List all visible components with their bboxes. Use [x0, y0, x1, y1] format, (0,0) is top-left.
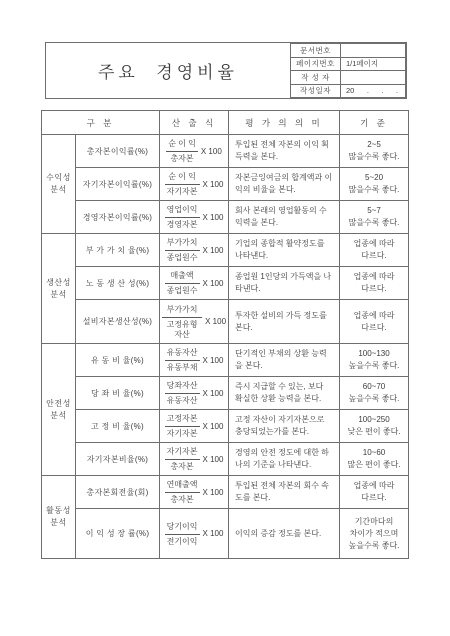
formula-numerator: 당좌자산 — [165, 379, 200, 394]
formula: 매출액 종업원수 X 100 — [162, 269, 226, 297]
formula-multiplier: X 100 — [203, 455, 224, 464]
formula-denominator: 총자본 — [166, 152, 198, 165]
meaning-cell: 기업의 종합적 활약정도를 나타낸다. — [229, 234, 340, 267]
standard-cell: 60~70 높을수록 좋다. — [340, 377, 409, 410]
ratio-name-cell: 자기자본비율(%) — [76, 443, 160, 476]
table-row: 자기자본비율(%) 자기자본 총자본 X 100 경영의 안전 정도에 대한 하… — [42, 443, 409, 476]
meaning-cell: 투자한 설비의 가득 정도를 본다. — [229, 300, 340, 344]
formula: 부가가치 종업원수 X 100 — [162, 236, 226, 264]
column-header-standard: 기 준 — [340, 111, 409, 135]
formula-multiplier: X 100 — [203, 356, 224, 365]
formula-denominator: 총자본 — [165, 460, 200, 473]
formula-numerator: 부가가치 — [162, 303, 202, 318]
fraction: 당좌자산 유동자산 — [165, 379, 200, 407]
formula-denominator: 경영자본 — [165, 218, 200, 231]
meaning-cell: 경영의 안전 정도에 대한 하나의 기준을 나타낸다. — [229, 443, 340, 476]
standard-cell: 100~250 낮은 편이 좋다. — [340, 410, 409, 443]
formula-multiplier: X 100 — [203, 246, 224, 255]
meaning-cell: 투입된 전체 자본의 회수 속도를 본다. — [229, 476, 340, 509]
standard-cell: 업종에 따라 다르다. — [340, 300, 409, 344]
column-header-formula: 산 출 식 — [160, 111, 229, 135]
meaning-cell: 즉시 지급할 수 있는, 보다 확실한 상환 능력을 본다. — [229, 377, 340, 410]
meaning-cell: 투입된 전체 자본의 이익 획득력을 본다. — [229, 135, 340, 168]
standard-cell: 5~7 많을수록 좋다. — [340, 201, 409, 234]
table-row: 당 좌 비 율(%) 당좌자산 유동자산 X 100 즉시 지급할 수 있는, … — [42, 377, 409, 410]
formula-numerator: 순 이 익 — [165, 170, 200, 185]
formula: 영업이익 경영자본 X 100 — [162, 203, 226, 231]
formula-multiplier: X 100 — [201, 147, 222, 156]
group-cell: 수익성 분석 — [42, 135, 76, 234]
document-page: 주요 경영비율 문서번호 페이지번호 1/1페이지 작 성 자 작성일자 20 — [0, 0, 450, 636]
formula-cell: 당좌자산 유동자산 X 100 — [160, 377, 229, 410]
formula-denominator: 종업원수 — [165, 251, 200, 264]
standard-cell: 5~20 많을수록 좋다. — [340, 168, 409, 201]
ratio-name-cell: 고 정 비 율(%) — [76, 410, 160, 443]
ratio-table-head: 구 분 산 출 식 평 가 의 의 미 기 준 — [42, 111, 409, 135]
formula-multiplier: X 100 — [203, 389, 224, 398]
group-cell: 안전성 분석 — [42, 344, 76, 476]
info-value-page-number: 1/1페이지 — [341, 57, 406, 71]
formula-cell: 연매출액 총자본 X 100 — [160, 476, 229, 509]
info-label-date: 작성일자 — [291, 84, 341, 98]
formula-denominator: 자기자본 — [165, 185, 200, 198]
formula-cell: 유동자산 유동부채 X 100 — [160, 344, 229, 377]
meaning-cell: 단기적인 부채의 상환 능력을 본다. — [229, 344, 340, 377]
formula-denominator: 전기이익 — [165, 535, 200, 548]
table-row: 설비자본생산성(%) 부가가치 고정유형 자산 X 100 투자한 설비의 가득… — [42, 300, 409, 344]
formula-numerator: 연매출액 — [165, 478, 200, 493]
column-header-meaning: 평 가 의 의 미 — [229, 111, 340, 135]
formula: 부가가치 고정유형 자산 X 100 — [162, 303, 226, 341]
formula-numerator: 자기자본 — [165, 445, 200, 460]
formula-cell: 매출액 종업원수 X 100 — [160, 267, 229, 300]
ratio-name-cell: 경영자본이익률(%) — [76, 201, 160, 234]
fraction: 연매출액 총자본 — [165, 478, 200, 506]
ratio-name-cell: 노 동 생 산 성(%) — [76, 267, 160, 300]
ratio-name-cell: 설비자본생산성(%) — [76, 300, 160, 344]
formula-numerator: 매출액 — [165, 269, 200, 284]
fraction: 부가가치 종업원수 — [165, 236, 200, 264]
formula-numerator: 부가가치 — [165, 236, 200, 251]
formula-multiplier: X 100 — [203, 422, 224, 431]
formula-numerator: 고정자본 — [165, 412, 200, 427]
formula-cell: 순 이 익 총자본 X 100 — [160, 135, 229, 168]
fraction: 부가가치 고정유형 자산 — [162, 303, 202, 341]
ratio-table: 구 분 산 출 식 평 가 의 의 미 기 준 수익성 분석총자본이익률(%) … — [41, 110, 409, 559]
fraction: 자기자본 총자본 — [165, 445, 200, 473]
info-label-page-number: 페이지번호 — [291, 57, 341, 71]
fraction: 순 이 익 자기자본 — [165, 170, 200, 198]
standard-cell: 10~60 많은 편이 좋다. — [340, 443, 409, 476]
document-info-table: 문서번호 페이지번호 1/1페이지 작 성 자 작성일자 20 . . . — [290, 43, 406, 98]
table-row: 경영자본이익률(%) 영업이익 경영자본 X 100 회사 본래의 영업활동의 … — [42, 201, 409, 234]
fraction: 고정자본 자기자본 — [165, 412, 200, 440]
table-row: 안전성 분석유 동 비 율(%) 유동자산 유동부채 X 100 단기적인 부채… — [42, 344, 409, 377]
ratio-name-cell: 총자본이익률(%) — [76, 135, 160, 168]
formula-denominator: 고정유형 자산 — [162, 318, 202, 341]
formula: 당기이익 전기이익 X 100 — [162, 520, 226, 548]
formula-cell: 순 이 익 자기자본 X 100 — [160, 168, 229, 201]
formula-multiplier: X 100 — [203, 213, 224, 222]
formula-cell: 부가가치 종업원수 X 100 — [160, 234, 229, 267]
page-title: 주요 경영비율 — [46, 43, 290, 98]
formula-cell: 부가가치 고정유형 자산 X 100 — [160, 300, 229, 344]
ratio-name-cell: 자기자본이익률(%) — [76, 168, 160, 201]
fraction: 당기이익 전기이익 — [165, 520, 200, 548]
meaning-cell: 종업원 1인당의 가득액을 나타낸다. — [229, 267, 340, 300]
formula: 유동자산 유동부채 X 100 — [162, 346, 226, 374]
group-cell: 활동성 분석 — [42, 476, 76, 559]
fraction: 유동자산 유동부채 — [165, 346, 200, 374]
group-cell: 생산성 분석 — [42, 234, 76, 344]
standard-cell: 기간마다의 차이가 적으며 높을수록 좋다. — [340, 509, 409, 559]
formula: 순 이 익 총자본 X 100 — [162, 137, 226, 165]
standard-cell: 업종에 따라 다르다. — [340, 476, 409, 509]
standard-cell: 업종에 따라 다르다. — [340, 267, 409, 300]
fraction: 영업이익 경영자본 — [165, 203, 200, 231]
formula-denominator: 종업원수 — [165, 284, 200, 297]
table-row: 노 동 생 산 성(%) 매출액 종업원수 X 100 종업원 1인당의 가득액… — [42, 267, 409, 300]
ratio-name-cell: 부 가 가 치 율(%) — [76, 234, 160, 267]
formula: 연매출액 총자본 X 100 — [162, 478, 226, 506]
standard-cell: 2~5 많을수록 좋다. — [340, 135, 409, 168]
table-row: 고 정 비 율(%) 고정자본 자기자본 X 100 고정 자산이 자기자본으로… — [42, 410, 409, 443]
fraction: 매출액 종업원수 — [165, 269, 200, 297]
info-row-doc-number: 문서번호 — [291, 44, 406, 58]
formula: 당좌자산 유동자산 X 100 — [162, 379, 226, 407]
formula-multiplier: X 100 — [203, 488, 224, 497]
table-row: 자기자본이익률(%) 순 이 익 자기자본 X 100 자본금잉여금의 합계액과… — [42, 168, 409, 201]
meaning-cell: 이익의 증감 정도를 본다. — [229, 509, 340, 559]
standard-cell: 100~130 높을수록 좋다. — [340, 344, 409, 377]
formula-numerator: 유동자산 — [165, 346, 200, 361]
formula-cell: 당기이익 전기이익 X 100 — [160, 509, 229, 559]
document-info-body: 문서번호 페이지번호 1/1페이지 작 성 자 작성일자 20 . . . — [291, 44, 406, 98]
formula-denominator: 자기자본 — [165, 427, 200, 440]
info-value-date: 20 . . . — [341, 84, 406, 98]
info-row-page-number: 페이지번호 1/1페이지 — [291, 57, 406, 71]
formula-cell: 고정자본 자기자본 X 100 — [160, 410, 229, 443]
info-label-author: 작 성 자 — [291, 71, 341, 85]
info-row-author: 작 성 자 — [291, 71, 406, 85]
ratio-table-body: 수익성 분석총자본이익률(%) 순 이 익 총자본 X 100 투입된 전체 자… — [42, 135, 409, 559]
formula-numerator: 영업이익 — [165, 203, 200, 218]
ratio-name-cell: 유 동 비 율(%) — [76, 344, 160, 377]
meaning-cell: 자본금잉여금의 합계액과 이익의 비율을 본다. — [229, 168, 340, 201]
formula-multiplier: X 100 — [203, 279, 224, 288]
table-row: 이 익 성 장 률(%) 당기이익 전기이익 X 100 이익의 증감 정도를 … — [42, 509, 409, 559]
formula-denominator: 유동부채 — [165, 361, 200, 374]
info-row-date: 작성일자 20 . . . — [291, 84, 406, 98]
table-row: 활동성 분석총자본회전율(회) 연매출액 총자본 X 100 투입된 전체 자본… — [42, 476, 409, 509]
info-value-doc-number — [341, 44, 406, 58]
formula-multiplier: X 100 — [203, 180, 224, 189]
formula-cell: 자기자본 총자본 X 100 — [160, 443, 229, 476]
meaning-cell: 고정 자산이 자기자본으로 충당되었는가를 본다. — [229, 410, 340, 443]
header-row: 구 분 산 출 식 평 가 의 의 미 기 준 — [42, 111, 409, 135]
ratio-name-cell: 당 좌 비 율(%) — [76, 377, 160, 410]
ratio-name-cell: 이 익 성 장 률(%) — [76, 509, 160, 559]
formula-numerator: 순 이 익 — [166, 137, 198, 152]
formula-denominator: 총자본 — [165, 493, 200, 506]
info-label-doc-number: 문서번호 — [291, 44, 341, 58]
formula-multiplier: X 100 — [205, 317, 226, 326]
meaning-cell: 회사 본래의 영업활동의 수익력을 본다. — [229, 201, 340, 234]
table-row: 수익성 분석총자본이익률(%) 순 이 익 총자본 X 100 투입된 전체 자… — [42, 135, 409, 168]
formula-cell: 영업이익 경영자본 X 100 — [160, 201, 229, 234]
standard-cell: 업종에 따라 다르다. — [340, 234, 409, 267]
ratio-name-cell: 총자본회전율(회) — [76, 476, 160, 509]
formula-numerator: 당기이익 — [165, 520, 200, 535]
column-header-category: 구 분 — [42, 111, 160, 135]
formula: 순 이 익 자기자본 X 100 — [162, 170, 226, 198]
formula-multiplier: X 100 — [203, 529, 224, 538]
fraction: 순 이 익 총자본 — [166, 137, 198, 165]
document-header: 주요 경영비율 문서번호 페이지번호 1/1페이지 작 성 자 작성일자 20 — [45, 42, 407, 99]
formula: 자기자본 총자본 X 100 — [162, 445, 226, 473]
info-value-author — [341, 71, 406, 85]
table-row: 생산성 분석부 가 가 치 율(%) 부가가치 종업원수 X 100 기업의 종… — [42, 234, 409, 267]
formula-denominator: 유동자산 — [165, 394, 200, 407]
formula: 고정자본 자기자본 X 100 — [162, 412, 226, 440]
